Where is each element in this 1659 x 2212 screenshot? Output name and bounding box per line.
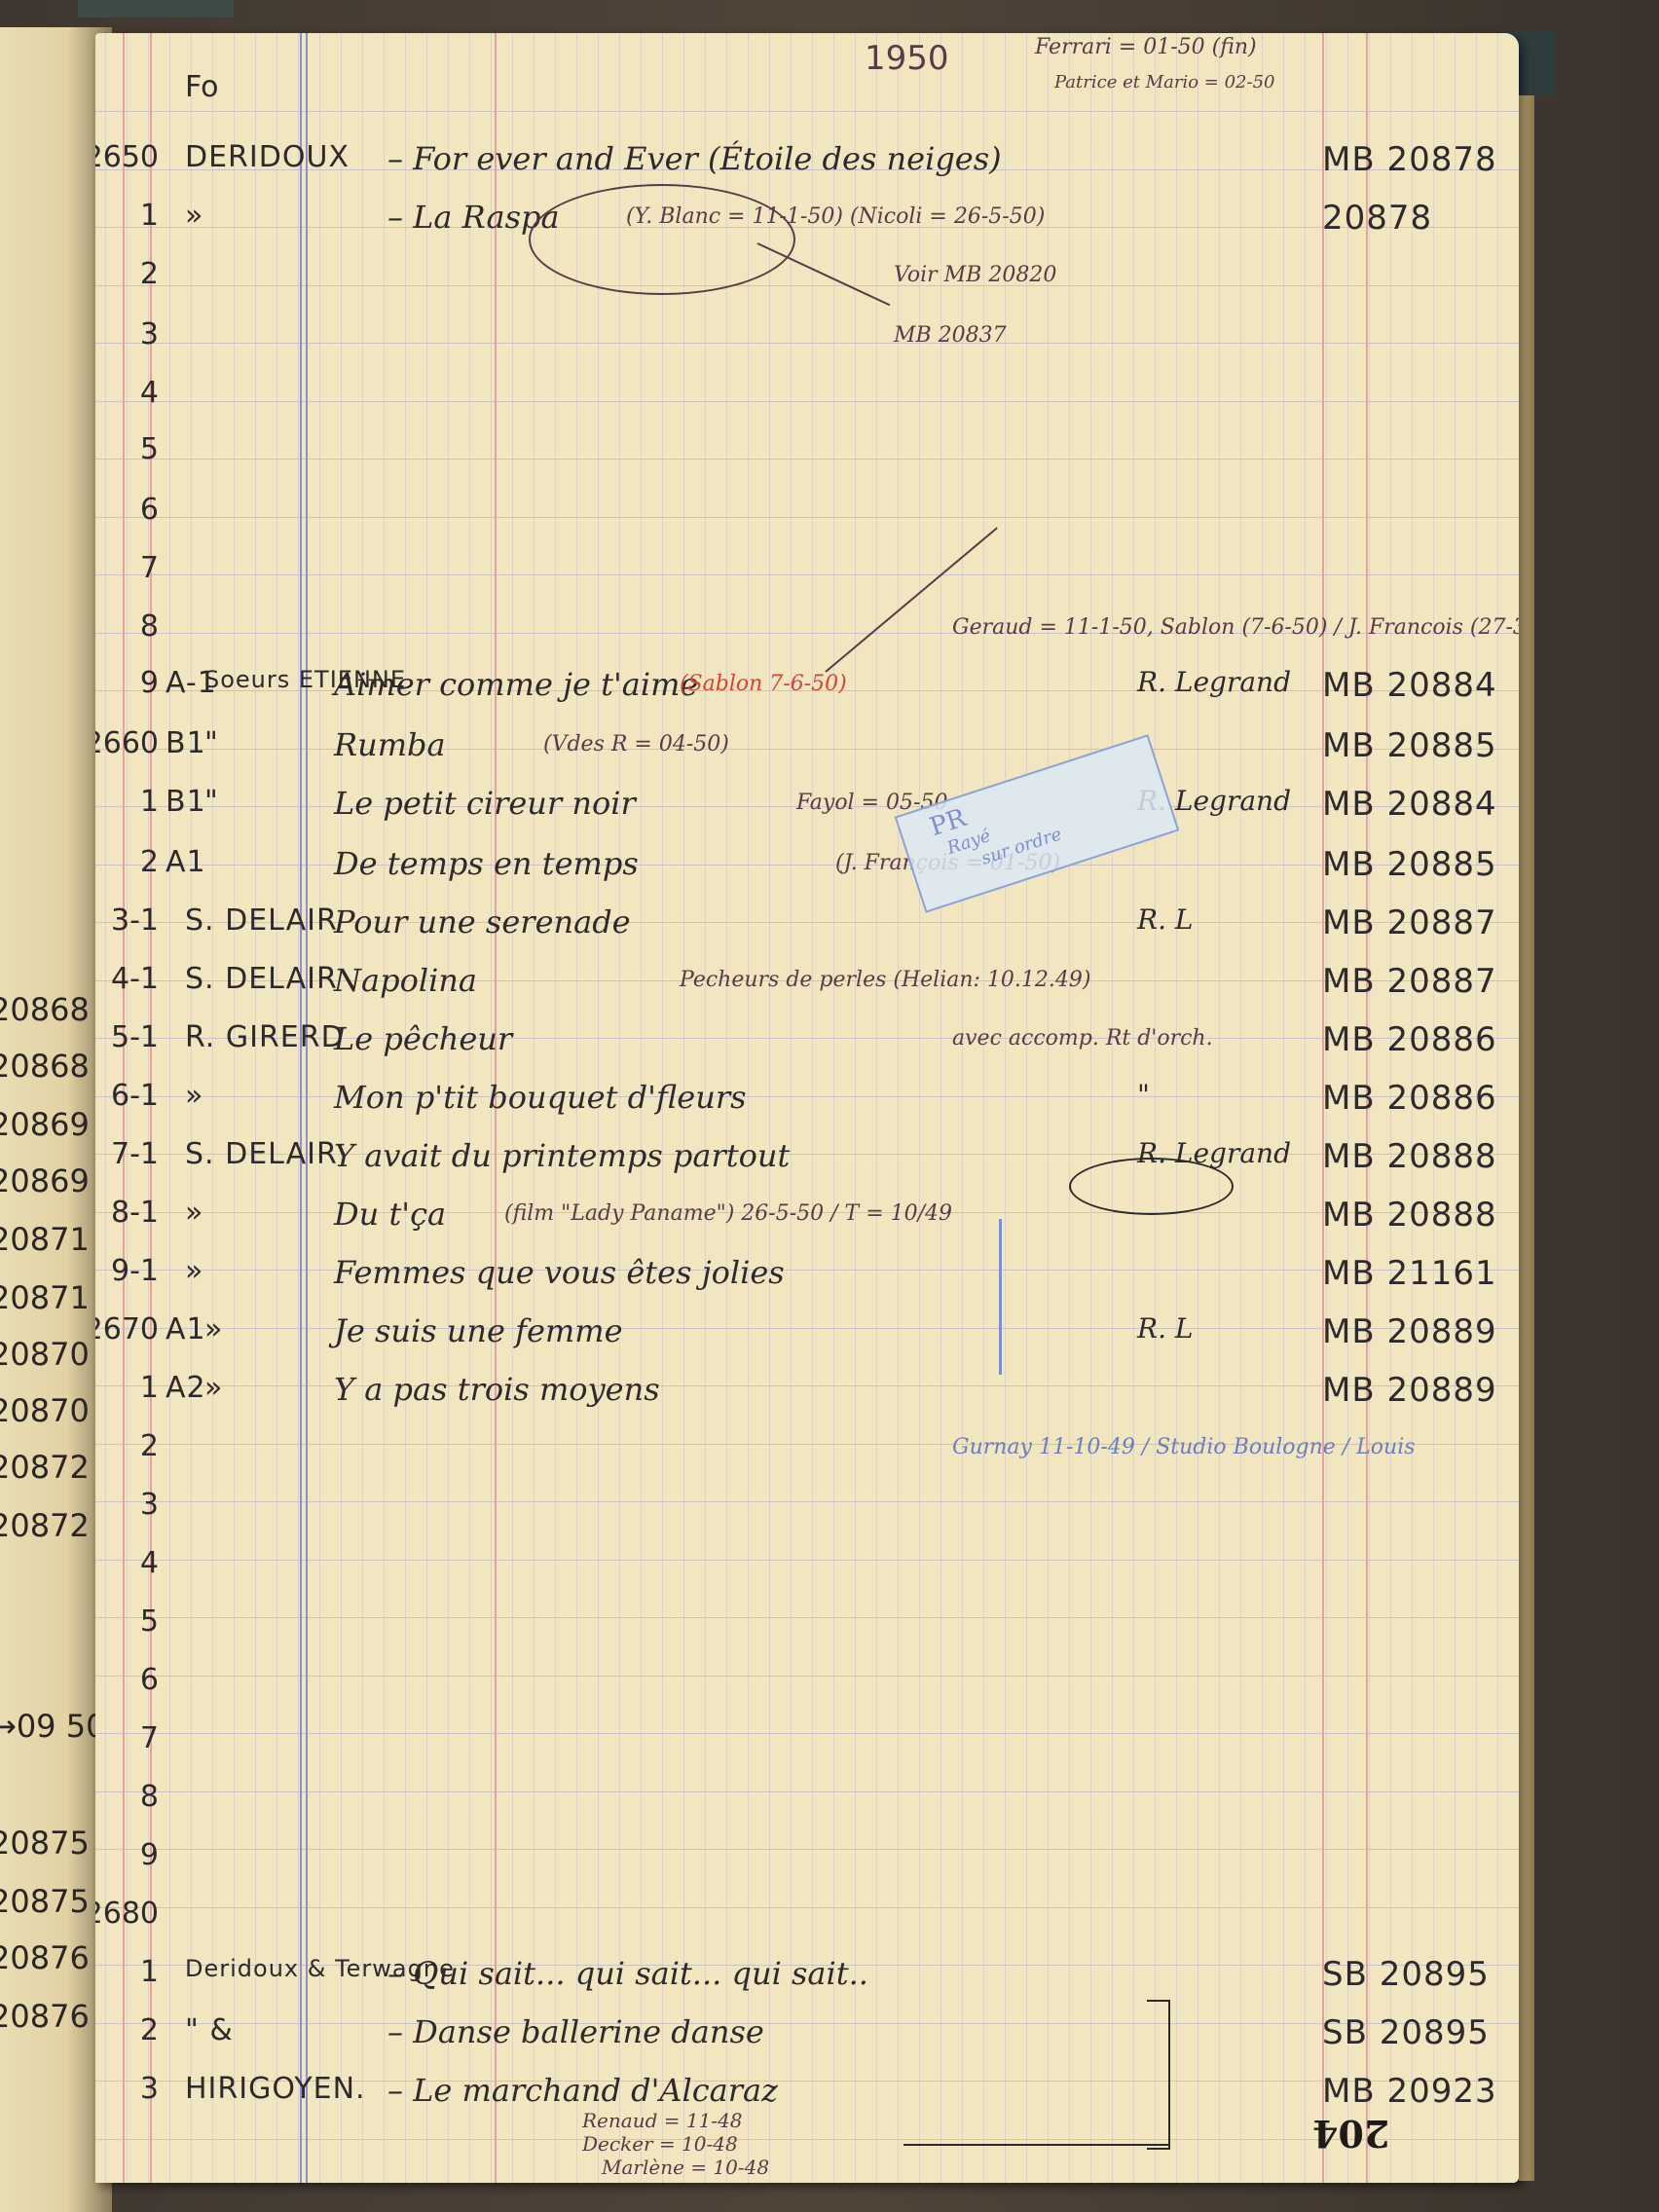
grid-column-line: [1155, 33, 1156, 2183]
row-number: 1: [95, 785, 159, 819]
row-title: Y a pas trois moyens: [334, 1371, 660, 1408]
row-side: B1: [166, 726, 206, 760]
binding-tape-top: [78, 0, 234, 18]
row-annotation: Pecheurs de perles (Helian: 10.12.49): [680, 968, 1090, 992]
row-number: 9: [95, 1838, 159, 1872]
grid-column-line: [298, 33, 299, 2183]
row-number: 2: [95, 1429, 159, 1463]
row-title: Le pêcheur: [334, 1020, 512, 1057]
row-number: 9-1: [95, 1254, 159, 1288]
grid-column-line: [855, 33, 856, 2183]
footer-note-3: Marlène = 10-48: [602, 2156, 769, 2179]
grid-column-line: [1497, 33, 1498, 2183]
row-number: 2: [95, 845, 159, 879]
bracket-connector-bottom: [903, 2144, 1168, 2146]
grid-column-line: [833, 33, 834, 2183]
row-catalog-number: MB 20878: [1322, 140, 1497, 179]
arrow-to-note: [825, 527, 997, 672]
row-performer: R. L: [1137, 903, 1193, 936]
row-title: Napolina: [334, 962, 477, 999]
row-catalog-number: MB 21161: [1322, 1254, 1497, 1293]
grid-column-line: [1219, 33, 1220, 2183]
row-title: Aimer comme je t'aime: [334, 666, 698, 703]
left-page-catalog-number: 20871: [0, 1279, 90, 1316]
grid-column-line: [276, 33, 277, 2183]
left-page-catalog-number: 20876: [0, 1998, 90, 2035]
grid-column-line: [1005, 33, 1006, 2183]
grid-column-line: [1305, 33, 1306, 2183]
grid-column-line: [169, 33, 170, 2183]
row-title: Mon p'tit bouquet d'fleurs: [334, 1079, 747, 1116]
row-side: A1: [166, 845, 206, 879]
row-number: 2: [95, 2013, 159, 2047]
row-annotation: MB 20837: [894, 323, 1007, 348]
top-note-1: Ferrari = 01-50 (fin): [1035, 35, 1257, 59]
row-title: Pour une serenade: [334, 903, 631, 940]
row-number: 3: [95, 317, 159, 351]
grid-column-line: [1240, 33, 1241, 2183]
row-number: 2660: [95, 726, 159, 760]
grid-column-line: [319, 33, 320, 2183]
left-page-catalog-number: 20869: [0, 1162, 90, 1199]
row-number: 1: [95, 1955, 159, 1989]
row-number: 5: [95, 432, 159, 466]
row-number: 2650: [95, 140, 159, 174]
row-title: Le petit cireur noir: [334, 785, 636, 822]
row-artist: " &: [185, 2013, 234, 2047]
left-page-catalog-number: 20870: [0, 1336, 90, 1373]
row-annotation: (Sablon 7-6-50): [680, 672, 847, 696]
grid-column-line: [1069, 33, 1070, 2183]
left-page-catalog-number: 20875: [0, 1883, 90, 1920]
left-page-catalog-number: 20871: [0, 1221, 90, 1258]
row-artist: S. DELAIR: [185, 1137, 338, 1171]
row-number: 5-1: [95, 1020, 159, 1054]
row-catalog-number: MB 20886: [1322, 1079, 1497, 1118]
row-number: 6: [95, 493, 159, 527]
row-catalog-number: MB 20886: [1322, 1020, 1497, 1059]
grid-column-line: [962, 33, 963, 2183]
grid-column-line: [940, 33, 941, 2183]
row-artist: ": [204, 726, 219, 760]
row-number: 2680: [95, 1897, 159, 1931]
grid-column-line: [812, 33, 813, 2183]
row-annotation: avec accomp. Rt d'orch.: [952, 1026, 1213, 1051]
page-number: 204: [1312, 2112, 1389, 2156]
row-catalog-number: MB 20885: [1322, 845, 1497, 884]
row-artist: DERIDOUX: [185, 140, 350, 174]
left-page-catalog-number: 20876: [0, 1939, 90, 1976]
page-edge: [1519, 39, 1534, 2181]
footer-note-2: Decker = 10-48: [582, 2132, 738, 2156]
left-page-catalog-number: 20872: [0, 1507, 90, 1544]
grid-column-line: [769, 33, 770, 2183]
row-side: A2: [166, 1371, 206, 1405]
row-title: Femmes que vous êtes jolies: [334, 1254, 785, 1291]
row-performer: R. Legrand: [1137, 666, 1291, 698]
row-annotation: Gurnay 11-10-49 / Studio Boulogne / Loui…: [952, 1435, 1416, 1459]
year-heading: 1950: [865, 39, 949, 78]
left-page-catalog-number: 20870: [0, 1392, 90, 1429]
row-catalog-number: MB 20888: [1322, 1137, 1497, 1176]
row-number: 6-1: [95, 1079, 159, 1113]
row-number: 2: [95, 257, 159, 291]
row-number: 1: [95, 199, 159, 233]
left-page-catalog-number: 20875: [0, 1825, 90, 1862]
left-page-catalog-number: 20868: [0, 991, 90, 1028]
grid-column-line: [983, 33, 984, 2183]
row-annotation: Voir MB 20820: [894, 263, 1056, 287]
circle-mark-la-raspa: [529, 184, 795, 295]
row-artist: »: [204, 1371, 223, 1405]
row-performer: R. L: [1137, 1312, 1193, 1345]
grid-column-line: [234, 33, 235, 2183]
grid-column-line: [255, 33, 256, 2183]
row-number: 8-1: [95, 1196, 159, 1230]
footer-note-1: Renaud = 11-48: [582, 2109, 743, 2132]
row-title: De temps en temps: [334, 845, 639, 882]
grid-column-line: [791, 33, 792, 2183]
grid-column-line: [1198, 33, 1198, 2183]
row-number: 1: [95, 1371, 159, 1405]
row-annotation: Geraud = 11-1-50, Sablon (7-6-50) / J. F…: [952, 615, 1519, 640]
row-artist: HIRIGOYEN.: [185, 2072, 366, 2106]
row-title: – For ever and Ever (Étoile des neiges): [387, 140, 1002, 177]
arrow-to-voir: [757, 242, 891, 306]
row-number: 5: [95, 1604, 159, 1639]
left-page-catalog-number: 20869: [0, 1106, 90, 1143]
row-catalog-number: 20878: [1322, 199, 1432, 238]
row-artist: S. DELAIR: [185, 903, 338, 938]
margin-line-blue: [306, 33, 308, 2183]
row-title: Rumba: [334, 726, 446, 763]
row-performer: ": [1137, 1079, 1150, 1111]
row-catalog-number: MB 20887: [1322, 962, 1497, 1001]
row-number: 4-1: [95, 962, 159, 996]
row-number: 8: [95, 609, 159, 644]
grid-column-line: [1090, 33, 1091, 2183]
blue-stamp: PR Rayé sur ordre: [895, 734, 1180, 913]
grid-column-line: [748, 33, 749, 2183]
blue-connector-line: [999, 1219, 1002, 1375]
left-page-catalog-number: 20868: [0, 1048, 90, 1085]
row-number: 9: [95, 666, 159, 700]
row-catalog-number: MB 20885: [1322, 726, 1497, 765]
row-title: Du t'ça: [334, 1196, 446, 1233]
row-number: 3-1: [95, 903, 159, 938]
row-title: – Le marchand d'Alcaraz: [387, 2072, 778, 2109]
row-title: Je suis une femme: [334, 1312, 623, 1349]
row-catalog-number: MB 20889: [1322, 1371, 1497, 1410]
grid-column-line: [1112, 33, 1113, 2183]
grid-column-line: [212, 33, 213, 2183]
grid-column-line: [1026, 33, 1027, 2183]
row-number: 2670: [95, 1312, 159, 1346]
row-number: 4: [95, 1546, 159, 1580]
row-artist: »: [185, 1079, 203, 1113]
row-catalog-number: MB 20887: [1322, 903, 1497, 942]
row-number: 8: [95, 1780, 159, 1814]
row-artist: S. DELAIR: [185, 962, 338, 996]
row-title: – Qui sait... qui sait... qui sait..: [387, 1955, 868, 1992]
grid-column-line: [898, 33, 899, 2183]
row-artist: »: [185, 199, 203, 233]
grid-column-line: [1176, 33, 1177, 2183]
row-number: 4: [95, 376, 159, 410]
bracket-connector: [1147, 2000, 1170, 2150]
left-page-catalog-number: 20872: [0, 1449, 90, 1486]
circle-mark-date: [1069, 1158, 1234, 1215]
top-note-2: Patrice et Mario = 02-50: [1054, 72, 1274, 92]
row-number: 3: [95, 1488, 159, 1522]
row-catalog-number: MB 20888: [1322, 1196, 1497, 1235]
row-number: 7-1: [95, 1137, 159, 1171]
row-annotation: (Vdes R = 04-50): [543, 732, 729, 756]
row-artist: »: [185, 1196, 203, 1230]
row-catalog-number: SB 20895: [1322, 2013, 1490, 2052]
row-number: 6: [95, 1663, 159, 1697]
row-catalog-number: SB 20895: [1322, 1955, 1490, 1994]
margin-line-blue: [300, 33, 302, 2183]
row-number: 7: [95, 551, 159, 585]
row-artist: »: [204, 1312, 223, 1346]
grid-column-line: [919, 33, 920, 2183]
grid-column-line: [1262, 33, 1263, 2183]
grid-column-line: [1048, 33, 1049, 2183]
row-number: 3: [95, 2072, 159, 2106]
row-number: 7: [95, 1721, 159, 1755]
row-artist: R. GIRERD: [185, 1020, 345, 1054]
grid-column-line: [1133, 33, 1134, 2183]
grid-column-line: [1283, 33, 1284, 2183]
row-catalog-number: MB 20884: [1322, 785, 1497, 824]
row-title: Y avait du printemps partout: [334, 1137, 790, 1174]
row-side: B1: [166, 785, 206, 819]
folio-label: Fo: [185, 70, 219, 104]
row-title: – Danse ballerine danse: [387, 2013, 764, 2050]
row-catalog-number: MB 20889: [1322, 1312, 1497, 1351]
row-artist: ": [204, 785, 219, 819]
ledger-page: Fo 1950 Ferrari = 01-50 (fin) Patrice et…: [95, 33, 1519, 2183]
row-side: A1: [166, 1312, 206, 1346]
grid-column-line: [876, 33, 877, 2183]
row-catalog-number: MB 20884: [1322, 666, 1497, 705]
row-catalog-number: MB 20923: [1322, 2072, 1497, 2111]
row-artist: »: [185, 1254, 203, 1288]
row-annotation: (film "Lady Paname") 26-5-50 / T = 10/49: [504, 1201, 952, 1226]
